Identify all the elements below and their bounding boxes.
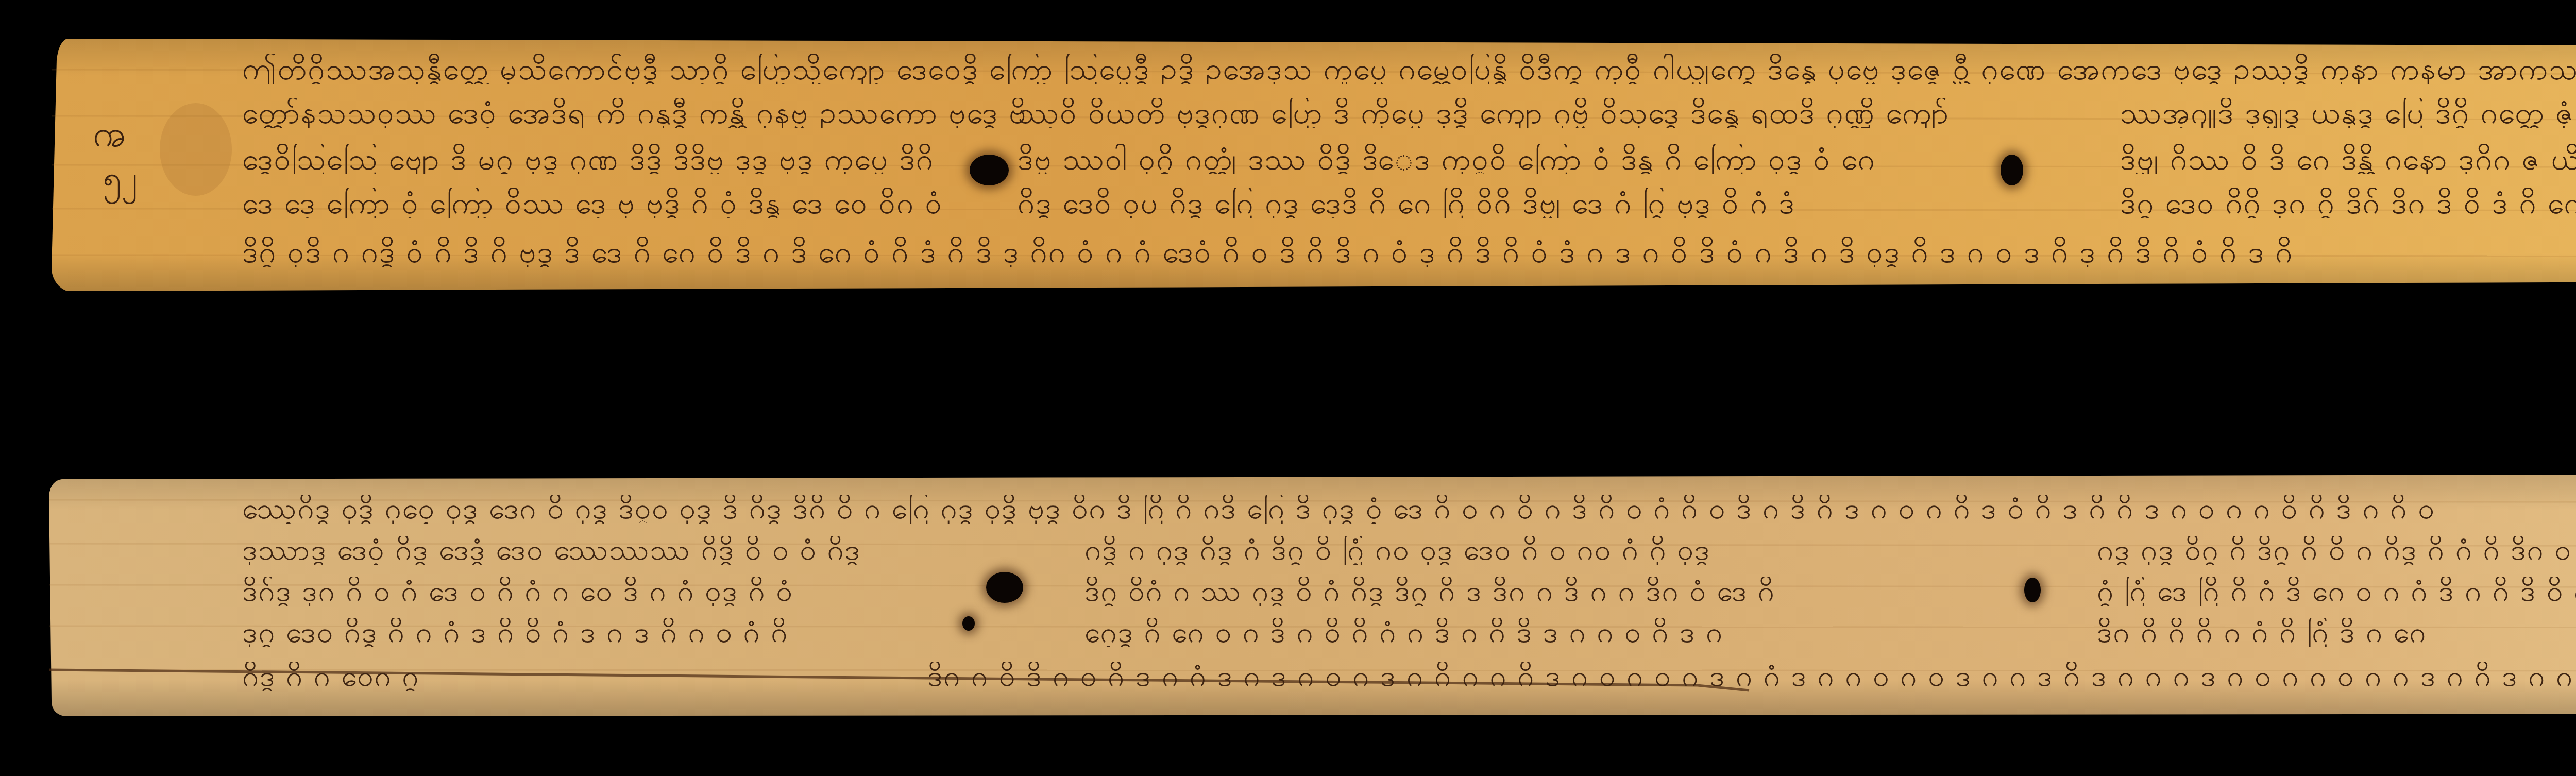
manuscript-text-line: ဒိဂ္ဂိ ဝုဒိ ဂ ဂဒ္ဒိ ဝံ ဂိ ဒိ ဂိ ဗုဒ္ဓ ဒိ…: [242, 237, 2293, 267]
damage-hole: [962, 616, 975, 631]
manuscript-text-line: ဒိဗ္ဗျ ဂိဿ ဝိ ဒိ ဂေ ဒိန္တိ ဂနော ဒုဂိဂ ဇ …: [2120, 144, 2576, 174]
manuscript-text-line: ဒွေဝိသြဩေ ဗျော့ ဒိ မဂ္ဂ ဗုဒ္ဓ ဂုဏ ဒိဒ္ဒိ…: [242, 144, 934, 174]
manuscript-text-line: ဒုဿာဒ္ဒ ဒေဝံ့ ဂိဒ္ဓ ဒေဒ္ဓံ ဒေဝ ဿေဿဿ ဂိဒ္…: [242, 536, 861, 565]
manuscript-text-line: ဒိဂ ဂ ဝိ ဒိ ဂ ဝ ဂိ ဒ ဂ ဂံ ဒ ဂ ဒ ဂ ဝ ဂ ဒ …: [927, 662, 2573, 691]
manuscript-text-line: ဂိဒ္ဒ ဒေဝိ ဝုပ ဂိဒ္ဒ ဂြေ ဂုဒ္ဓ ဒေ့ဒိ ဂိ …: [1018, 188, 1795, 218]
manuscript-text-line: ဒိဂ္ဂ ဒေဝ ဂိဂ္ဂိ ဒုဂ ဂ္ဂိ ဒိဂ် ဒိဂ ဒိ ဝိ…: [2120, 188, 2576, 218]
manuscript-text-line: ဂဒ္ဓ ဂုဒ္ဓ ဝိဂ္ဂ ဂိ ဒိဂ္ဂ ဂိ ဝိ ဂ ဂိဒ္ဓ …: [2097, 536, 2576, 565]
manuscript-text-line: တ္ဘော်နသသဝုဿ ဒေဝံ့ အေဒိရ ကိ ဂနုဒ္ဓီ ကန္တ…: [242, 98, 1027, 128]
manuscript-text-line: ဒိဗ္ဗ ဿဝါ ဝုဂ္ဂိ ဂတ္ထုံ ဒဿ ဝိဒ္ဒိ ဒိေဒ က…: [1018, 144, 1876, 174]
manuscript-text-line: ဒုဂ္ဂ ဒေဝ ဂိဒ္ဓ ဂိ ဂ ဂံ ဒ ဂိ ဝိ ဂံ ဒ ဂ ဒ…: [242, 618, 788, 647]
string-hole-right: [2001, 155, 2023, 185]
manuscript-text-line: ဤတိဂ္ဂိဿအသုန္ဓီတ္တေ့ မှသိကောၚ်ဗုဒ္ဓီ သာ့…: [242, 54, 2576, 84]
manuscript-text-line: ဂ္ဂံ ဂြံ ဒေ ဂြိ ဂိ ဂံ ဒိ ဂေ ဝ ဂ ဂံ ဒိ ဂ …: [2097, 577, 2576, 606]
manuscript-text-line: ဒိဂ်ဒ္ဓ ဒုဂ ဂိ ဝ ဂံ ဒေ ဝ ဂိ ဂံ ဂ ဝေ ဒိ ဂ…: [242, 577, 793, 606]
string-hole-right: [2024, 578, 2041, 602]
string-hole-left: [986, 572, 1023, 603]
folio-mark-number: ၅၂: [103, 162, 138, 195]
manuscript-text-line: ဂေ့ဒ္ဒ ဂိ ဂေ ဝ ဂ ဒိ ဂ ဝိ ဂိ ဂံ ဂ ဒိ ဂ ဂိ…: [1084, 618, 1723, 647]
string-hole-left: [970, 155, 1009, 185]
manuscript-text-line: ဒိဂ ဂိ ဂိ ဂိ ဂ ဂံ ဂိ ဂြံ ဒိ ဂ ဂေ: [2097, 618, 2427, 647]
manuscript-text-line: ဒေ ဒေ့ ကြော ဝံ့ ကြော့ ဝိဿ ဒေ့ ဗု ဗုဒ္ဓိ …: [242, 188, 943, 218]
manuscript-text-line: ဿေ့ဂိဒွ ဝုဒ္ဓိ ဂုဝေ့ ဝုဒ္ဓ ဒေဂ ဝိ ဂုဒ္ဓ …: [242, 495, 2435, 524]
manuscript-text-line: ဂိဒ္ဓ ဂိ ဂ ဝေဂ ဂ္ဂ: [242, 662, 419, 691]
manuscript-text-line: ဂဒ္ဓိ ဂ ဂုဒ္ဓ ဂိဒ္ဓ ဂံ ဒိဂ္ဂ ဝိ ဂြံ့ ဂဝ …: [1084, 536, 1710, 565]
folio-mark-letter: ꩠ: [93, 116, 126, 152]
manuscript-text-line: ဿ့ဝိ ဝိယတိ ဗုဒ္ဓဂုဏ ပြော့ ဒိ ကိုပ္ပေ ဒုဒ…: [1018, 98, 1950, 128]
manuscript-text-line: ဿအ့ဂျုဒိ ဒုရ္ဗုဒ္ဓ ယနုဒ္ဓ ပြေ ဒိဂ္ဂိ ဂတ္…: [2120, 98, 2576, 128]
manuscript-text-line: ဒိဂ္ဂ ဝိဂံ ဂ ဿ ဂုဒ္ဓ ဝိ ဂံ ဂိဒ္ဓ ဒိဂ္ဂ ဂ…: [1084, 577, 1775, 606]
